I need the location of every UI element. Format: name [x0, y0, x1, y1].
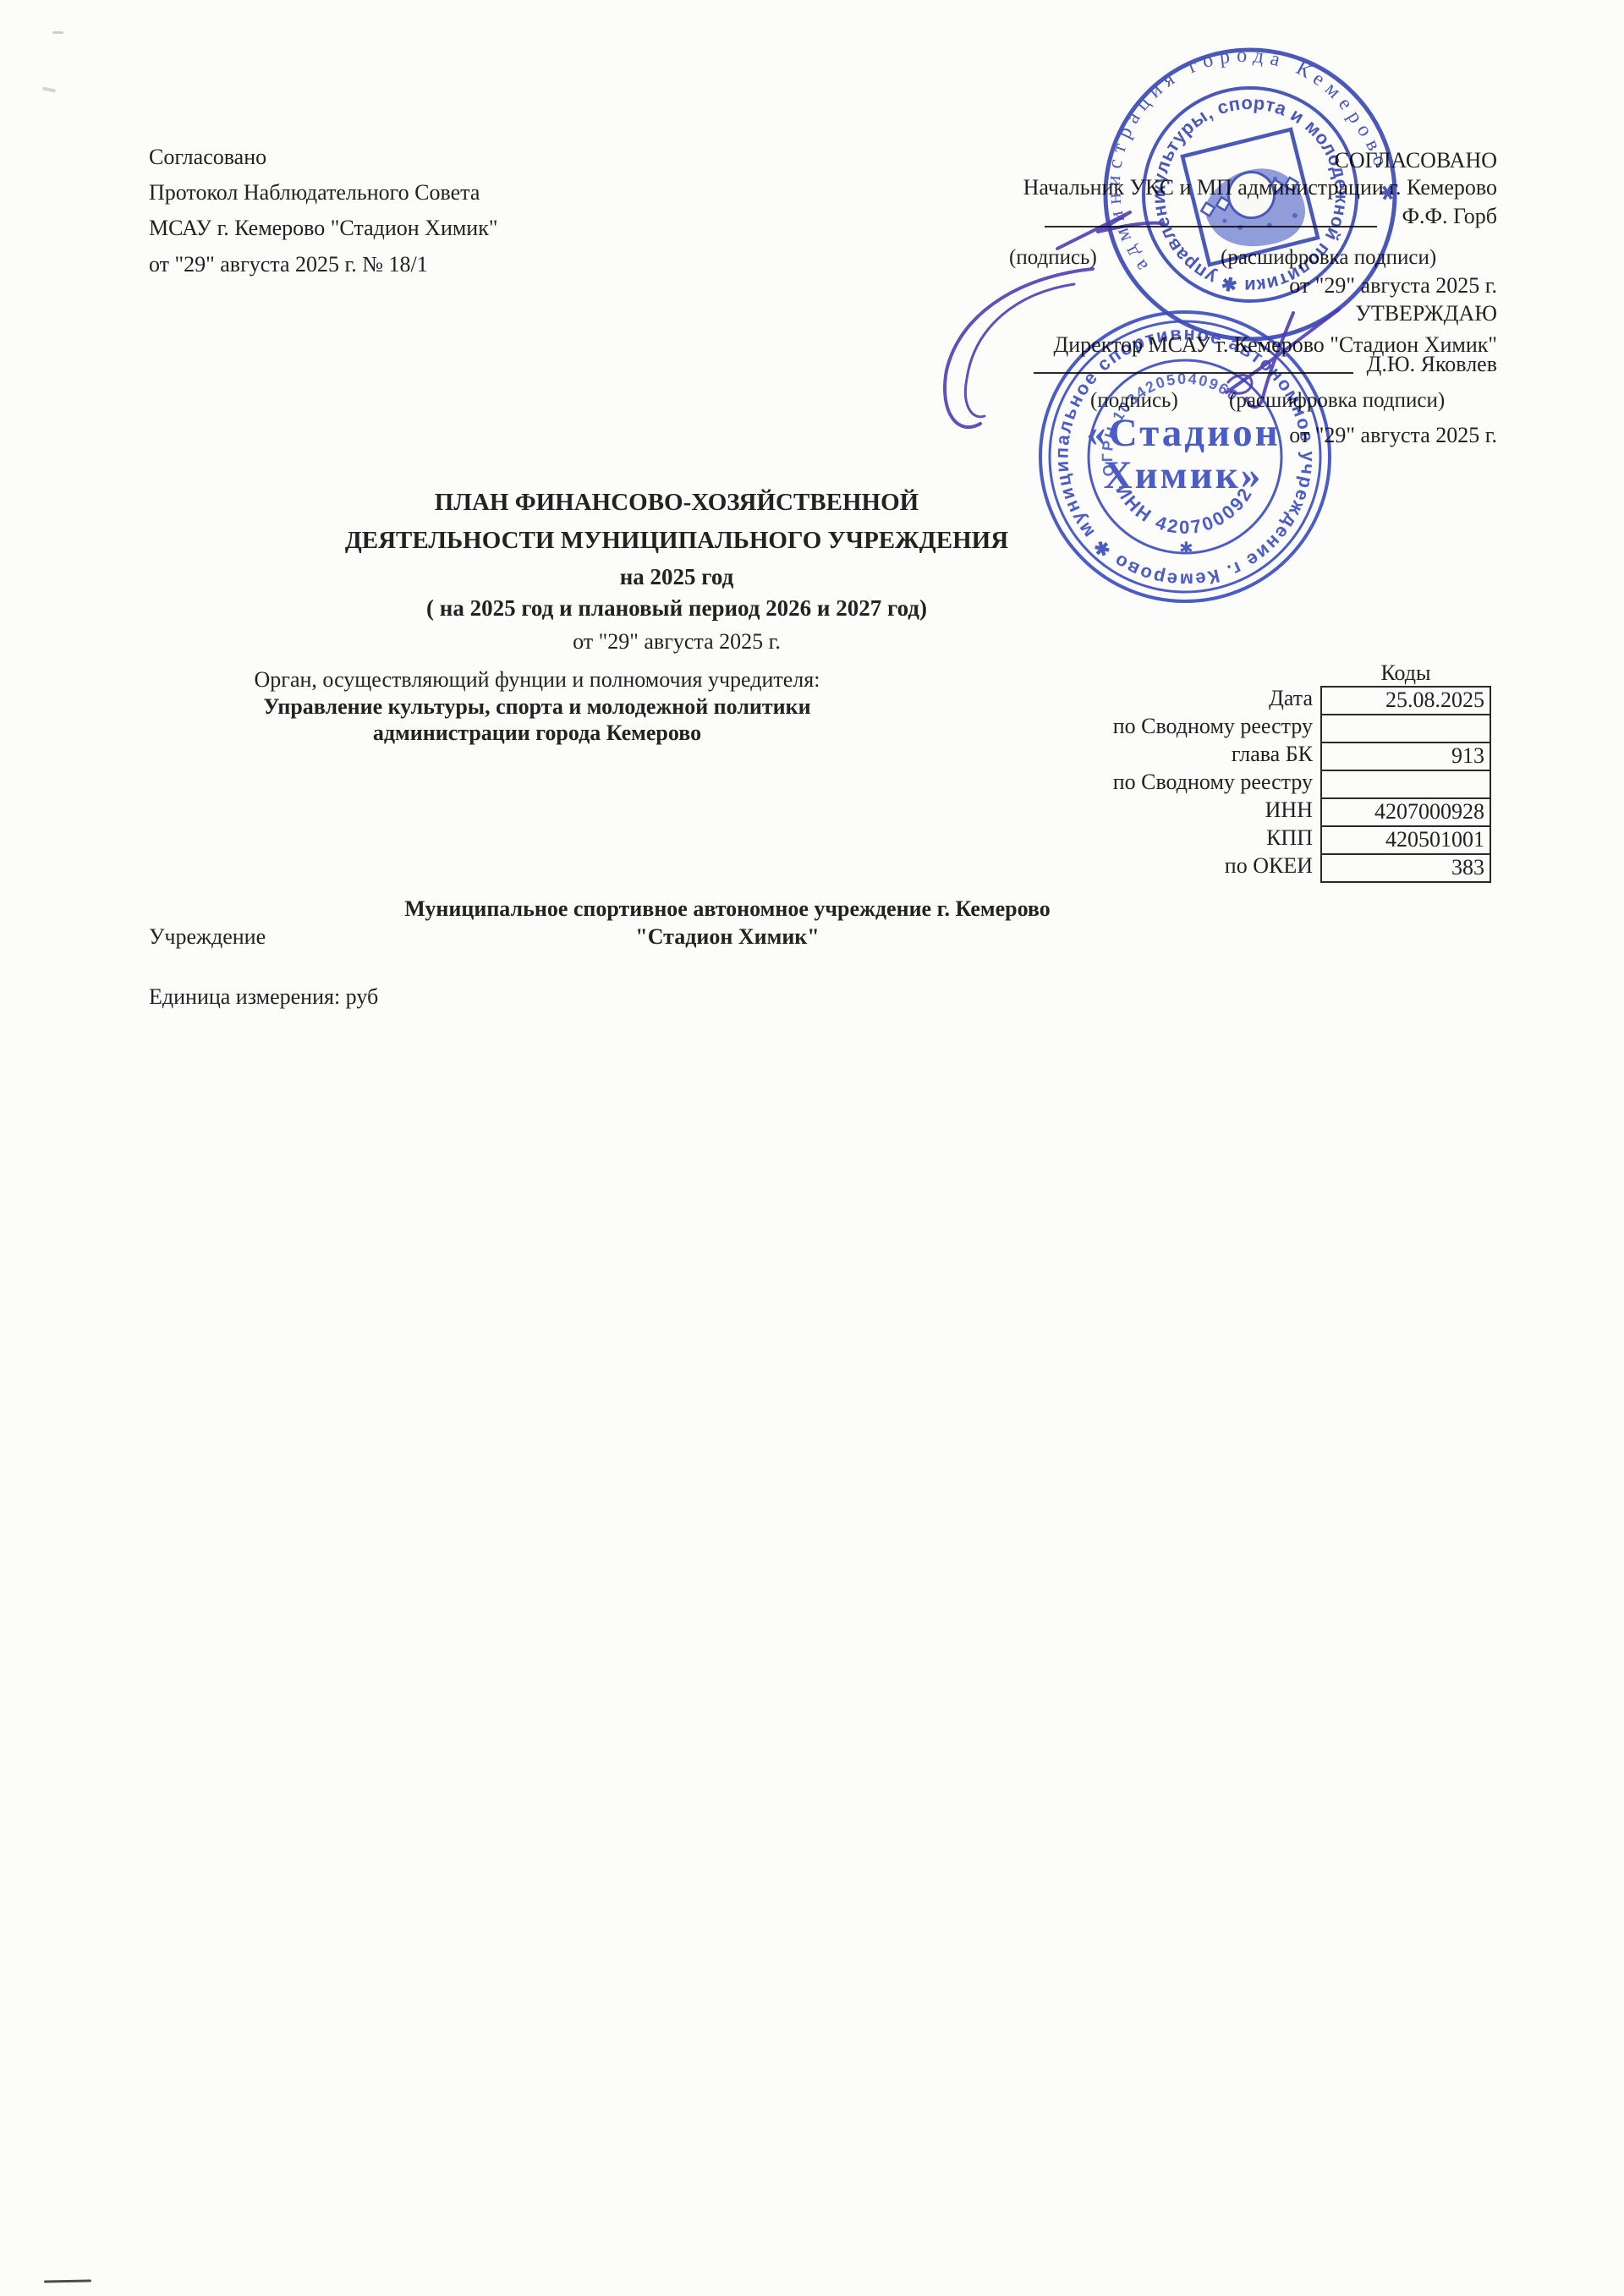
codes-header: Коды [1320, 660, 1491, 688]
approve-label: УТВЕРЖДАЮ [1015, 301, 1497, 326]
code-value: 913 [1322, 743, 1490, 771]
left-header-line: от "29" августа 2025 г. № 18/1 [149, 252, 428, 277]
agreed-date: от "29" августа 2025 г. [1015, 273, 1497, 299]
scan-speck [52, 31, 63, 34]
code-label: по ОКЕИ [930, 852, 1313, 879]
doc-title-line4: ( на 2025 год и плановый период 2026 и 2… [296, 595, 1057, 622]
scan-speck [44, 2280, 91, 2283]
institution-name-line2: "Стадион Химик" [364, 923, 1091, 951]
code-label: КПП [930, 824, 1313, 852]
codes-labels: Дата по Сводному реестру глава БК по Сво… [930, 684, 1313, 879]
caption-decode: (расшифровка подписи) [1221, 246, 1436, 270]
code-label: Дата [930, 684, 1313, 712]
founder-name-line2: администрации города Кемерово [195, 720, 880, 748]
code-value: 25.08.2025 [1322, 688, 1490, 715]
institution-label: Учреждение [149, 923, 266, 951]
left-header-line: Протокол Наблюдательного Совета [149, 180, 480, 205]
approve-date: от "29" августа 2025 г. [1015, 423, 1497, 448]
code-label: по Сводному реестру [930, 712, 1313, 740]
codes-table: 25.08.2025 913 4207000928 420501001 383 [1320, 686, 1491, 883]
founder-intro: Орган, осуществляющий фунции и полномочи… [195, 666, 880, 694]
caption-signature: (подпись) [1090, 389, 1178, 413]
agreed-position: Начальник УКС и МП администрации г. Кеме… [1002, 175, 1497, 200]
doc-title-line2: ДЕЯТЕЛЬНОСТИ МУНИЦИПАЛЬНОГО УЧРЕЖДЕНИЯ [296, 527, 1057, 555]
unit-of-measure: Единица измерения: руб [149, 984, 378, 1011]
agreed-label: СОГЛАСОВАНО [1015, 148, 1497, 173]
code-label: по Сводному реестру [930, 768, 1313, 796]
doc-title-line3: на 2025 год [296, 564, 1057, 590]
doc-title-line1: ПЛАН ФИНАНСОВО-ХОЗЯЙСТВЕННОЙ [296, 489, 1057, 517]
stadium-stamp-center-line2: Химик» [1104, 453, 1264, 497]
doc-title-date: от "29" августа 2025 г. [296, 628, 1057, 656]
code-value [1322, 715, 1490, 743]
code-value: 420501001 [1322, 827, 1490, 855]
code-value [1322, 771, 1490, 799]
code-label: ИНН [930, 796, 1313, 824]
code-label: глава БК [930, 740, 1313, 768]
signature-underline [1034, 372, 1353, 374]
stadium-stamp-star: ✱ [1179, 540, 1193, 558]
signature-underline [1045, 226, 1377, 227]
code-value: 4207000928 [1322, 799, 1490, 827]
scanned-document-page: Согласовано Протокол Наблюдательного Сов… [0, 0, 1624, 2296]
left-header-line: МСАУ г. Кемерово "Стадион Химик" [149, 216, 497, 241]
caption-decode: (расшифровка подписи) [1229, 389, 1445, 413]
caption-signature: (подпись) [1009, 246, 1097, 270]
left-header-line: Согласовано [149, 145, 266, 170]
institution-name-line1: Муниципальное спортивное автономное учре… [364, 896, 1091, 923]
founder-name-line1: Управление культуры, спорта и молодежной… [195, 693, 880, 721]
code-value: 383 [1322, 855, 1490, 881]
scan-speck [42, 86, 56, 92]
